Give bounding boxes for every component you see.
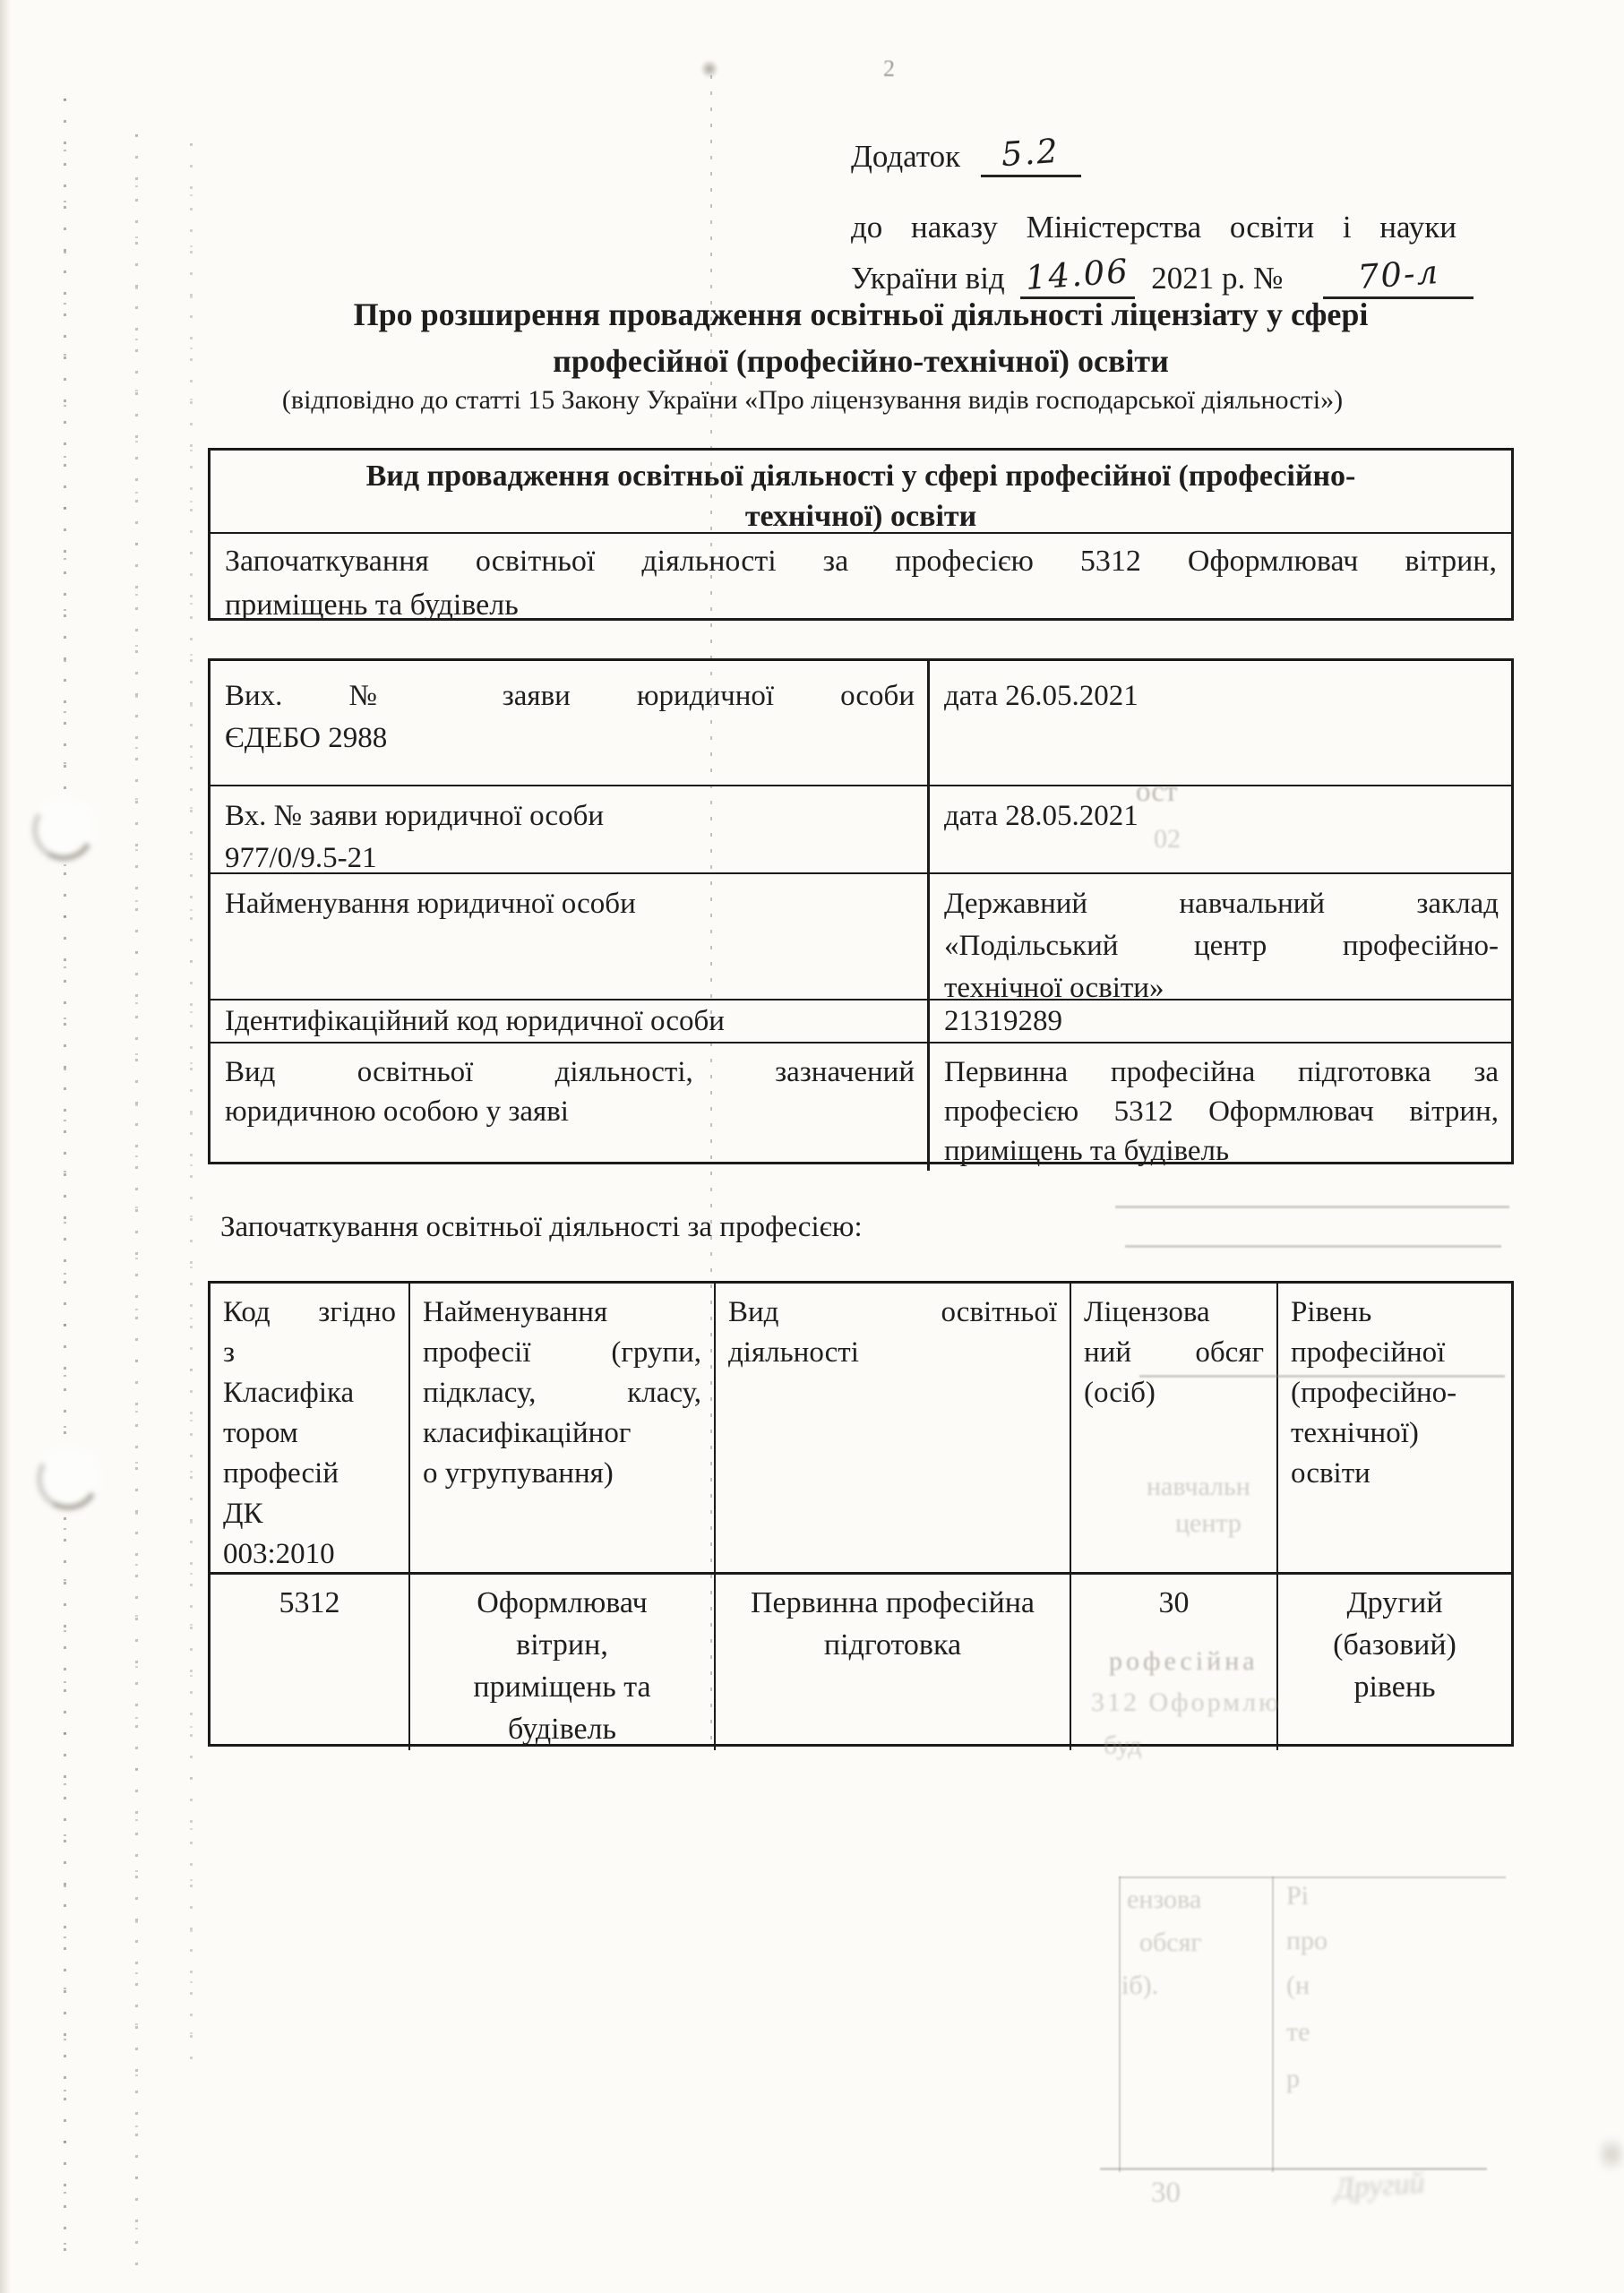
- cell-line: підкласу, класу,: [423, 1373, 701, 1413]
- cell-line: Оформлювач: [423, 1582, 701, 1624]
- activity-type-table-header: Вид провадження освітньої діяльності у с…: [211, 451, 1511, 534]
- cell-line: Державний навчальний заклад: [944, 883, 1499, 925]
- cell-line: Код згідно: [223, 1292, 396, 1333]
- order-reference-line: до наказу Міністерства освіти і науки: [851, 210, 1456, 245]
- bleedthrough-text: навчальн: [1147, 1472, 1250, 1502]
- cell-line: (професійно-: [1291, 1373, 1499, 1413]
- cell-line: ЄДЕБО 2988: [225, 717, 915, 760]
- bleedthrough-line: [1139, 1375, 1505, 1378]
- cell-line: вітрин,: [423, 1624, 701, 1666]
- cell-line: будівель: [423, 1708, 701, 1750]
- cell-line: 30: [1084, 1582, 1264, 1624]
- order-date-line: України від 14.06 2021 р. № 70-л: [851, 258, 1474, 299]
- cell-line: підготовка: [728, 1624, 1057, 1666]
- activity-type-table-body: Започаткування освітньої діяльності за п…: [211, 534, 1511, 618]
- cell-line: Найменування юридичної особи: [225, 883, 915, 925]
- cell-line: ДК: [223, 1494, 396, 1534]
- cell-line: професії (групи,: [423, 1333, 701, 1373]
- scan-left-edge: [0, 0, 11, 2293]
- bleedthrough-text: 02: [1154, 824, 1181, 855]
- cell-line: Рівень: [1291, 1292, 1499, 1333]
- cell-line: Первинна професійна: [728, 1582, 1057, 1624]
- scan-edge-smudge: [1600, 2132, 1623, 2177]
- bleedthrough-text: рофесійна: [1109, 1646, 1259, 1677]
- order-prefix: України від: [851, 261, 1005, 296]
- bleedthrough-line: [1119, 1876, 1121, 2172]
- hole-punch: [32, 1443, 104, 1515]
- row-incoming-number-label: Вх. № заяви юридичної особи 977/0/9.5-21: [211, 785, 930, 872]
- bleedthrough-line: [1100, 2168, 1487, 2170]
- cell-line: Вид освітньої діяльності, зазначений: [225, 1052, 915, 1092]
- cell-line: ний обсяг: [1084, 1333, 1264, 1373]
- cell-line: професій: [223, 1454, 396, 1494]
- col-header-activity-kind: Вид освітньої діяльності: [716, 1284, 1071, 1575]
- row-identification-code-value: 21319289: [930, 999, 1511, 1042]
- scan-speck-column: [64, 99, 66, 2266]
- scan-smudge: [700, 59, 718, 79]
- order-mid: 2021 р. №: [1151, 261, 1283, 296]
- cell-line: Вид освітньої: [728, 1292, 1057, 1333]
- application-details-table: Вих. № заяви юридичної особи ЄДЕБО 2988 …: [208, 658, 1514, 1164]
- col-header-education-level: Рівень професійної (професійно- технічно…: [1278, 1284, 1511, 1575]
- page-corner-mark: 2: [883, 56, 895, 82]
- section-label: Започаткування освітньої діяльності за п…: [220, 1211, 863, 1244]
- col-header-profession-name: Найменування професії (групи, підкласу, …: [410, 1284, 716, 1575]
- bleedthrough-text: те: [1286, 2017, 1310, 2048]
- cell-line: освіти: [1291, 1454, 1499, 1494]
- cell-line: Ліцензова: [1084, 1292, 1264, 1333]
- appendix-line: Додаток 5.2: [851, 136, 1081, 177]
- scanned-document-page: 2 Додаток 5.2 до наказу Міністерства осв…: [0, 0, 1624, 2293]
- bleedthrough-line: [1272, 1876, 1274, 2172]
- cell-line: 5312: [223, 1582, 396, 1624]
- cell-line: Вих. № заяви юридичної особи: [225, 675, 915, 717]
- order-date-handwritten: 14.06: [1024, 252, 1130, 297]
- cell-line: Класифіка: [223, 1373, 396, 1413]
- cell-line: приміщень та: [423, 1666, 701, 1708]
- cell-line: Ідентифікаційний код юридичної особи: [225, 1003, 915, 1039]
- bleedthrough-line: [1125, 1245, 1501, 1248]
- order-number-slot: 70-л: [1323, 258, 1474, 299]
- cell-line: о угрупування): [423, 1454, 701, 1494]
- bleedthrough-text: обсяг: [1139, 1928, 1202, 1958]
- cell-line: діяльності: [728, 1333, 1057, 1373]
- bleedthrough-line: [1115, 1206, 1509, 1208]
- bleedthrough-text: Рі: [1286, 1881, 1309, 1911]
- scan-speck-column: [190, 143, 193, 2069]
- value-profession-name: Оформлювач вітрин, приміщень та будівель: [410, 1575, 716, 1750]
- cell-line: (базовий): [1291, 1624, 1499, 1666]
- cell-line: професійної: [1291, 1333, 1499, 1373]
- col-header-code: Код згідно з Класифіка тором професій ДК…: [211, 1284, 410, 1575]
- bleedthrough-text: центр: [1175, 1508, 1242, 1539]
- row-outgoing-number-value: дата 26.05.2021: [930, 661, 1511, 785]
- document-subtitle: (відповідно до статті 15 Закону України …: [42, 385, 1583, 416]
- order-number-handwritten: 70-л: [1356, 253, 1440, 296]
- body-line: приміщень та будівель: [225, 583, 1497, 627]
- bleedthrough-line: [1119, 1876, 1506, 1878]
- document-title-line-2: професійної (професійно-технічної) освіт…: [208, 342, 1514, 380]
- cell-line: класифікаційног: [423, 1413, 701, 1454]
- bleedthrough-text: про: [1286, 1926, 1328, 1956]
- cell-line: юридичною особою у заяві: [225, 1092, 915, 1131]
- bleedthrough-text: 312 Оформлю: [1091, 1688, 1282, 1718]
- cell-line: Вх. № заяви юридичної особи: [225, 795, 915, 837]
- bleedthrough-text: іб).: [1121, 1971, 1158, 2001]
- bleedthrough-text: 30: [1151, 2177, 1181, 2210]
- value-education-level: Другий (базовий) рівень: [1278, 1575, 1511, 1750]
- cell-line: 003:2010: [223, 1534, 396, 1575]
- row-outgoing-number-label: Вих. № заяви юридичної особи ЄДЕБО 2988: [211, 661, 930, 785]
- document-title-line-1: Про розширення провадження освітньої дія…: [208, 296, 1514, 333]
- cell-line: Другий: [1291, 1582, 1499, 1624]
- scan-speck-column: [135, 134, 138, 2275]
- row-identification-code-label: Ідентифікаційний код юридичної особи: [211, 999, 930, 1042]
- row-legal-entity-name-value: Державний навчальний заклад «Подільський…: [930, 872, 1511, 999]
- cell-line: технічної): [1291, 1413, 1499, 1454]
- value-activity-kind: Первинна професійна підготовка: [716, 1575, 1071, 1750]
- cell-line: тором: [223, 1413, 396, 1454]
- cell-line: приміщень та будівель: [944, 1131, 1499, 1171]
- row-incoming-number-value: дата 28.05.2021: [930, 785, 1511, 872]
- bleedthrough-text: (н: [1286, 1971, 1310, 2001]
- value-profession-code: 5312: [211, 1575, 410, 1750]
- header-line: Вид провадження освітньої діяльності у с…: [211, 456, 1511, 496]
- cell-line: (осіб): [1084, 1373, 1264, 1413]
- bleedthrough-text: ост: [1136, 776, 1177, 809]
- appendix-label: Додаток: [851, 139, 960, 174]
- cell-line: 21319289: [944, 1003, 1499, 1039]
- bleedthrough-scribble: Другий: [1334, 2167, 1426, 2207]
- row-activity-kind-label: Вид освітньої діяльності, зазначений юри…: [211, 1042, 930, 1171]
- order-date-slot: 14.06: [1020, 258, 1135, 299]
- hole-punch: [28, 794, 99, 865]
- cell-line: Первинна професійна підготовка за: [944, 1052, 1499, 1092]
- row-activity-kind-value: Первинна професійна підготовка за профес…: [930, 1042, 1511, 1171]
- bleedthrough-text: буд: [1104, 1730, 1142, 1761]
- cell-line: Найменування: [423, 1292, 701, 1333]
- bleedthrough-text: р: [1286, 2064, 1300, 2094]
- cell-line: дата 28.05.2021: [944, 795, 1499, 837]
- cell-line: рівень: [1291, 1666, 1499, 1708]
- row-legal-entity-name-label: Найменування юридичної особи: [211, 872, 930, 999]
- appendix-number-slot: 5.2: [981, 136, 1081, 177]
- body-line: Започаткування освітньої діяльності за п…: [225, 539, 1497, 583]
- bleedthrough-text: ензова: [1127, 1885, 1201, 1915]
- cell-line: «Подільський центр професійно-: [944, 925, 1499, 967]
- profession-table: Код згідно з Класифіка тором професій ДК…: [208, 1281, 1514, 1747]
- header-line: технічної) освіти: [211, 496, 1511, 537]
- appendix-number-handwritten: 5.2: [1001, 132, 1061, 174]
- cell-line: з: [223, 1333, 396, 1373]
- cell-line: дата 26.05.2021: [944, 675, 1499, 717]
- activity-type-table: Вид провадження освітньої діяльності у с…: [208, 448, 1514, 621]
- cell-line: професією 5312 Оформлювач вітрин,: [944, 1092, 1499, 1131]
